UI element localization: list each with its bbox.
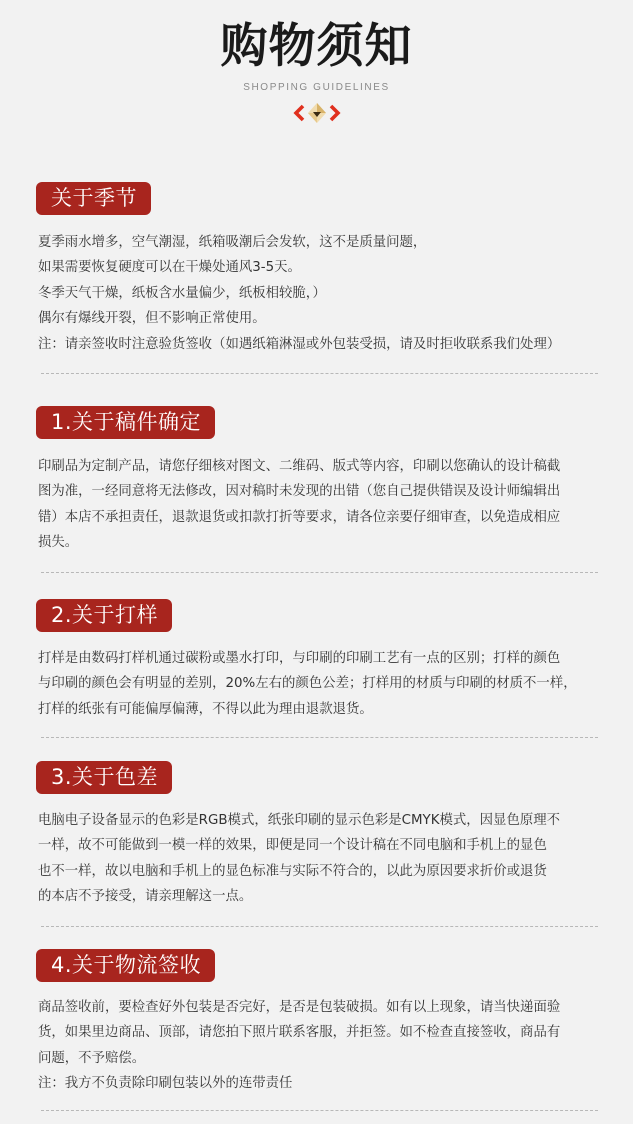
section-heading-badge: 3.关于色差 (36, 761, 172, 794)
body-line: 商品签收前，要检查好外包装是否完好，是否是包装破损。如有以上现象，请当快递面验 (38, 995, 604, 1020)
divider (41, 572, 598, 573)
body-line: 一样，故不可能做到一模一样的效果，即便是同一个设计稿在不同电脑和手机上的显色 (38, 833, 604, 858)
body-line: 也不一样，故以电脑和手机上的显色标准与实际不符合的，以此为原因要求折价或退货 (38, 859, 604, 884)
body-line: 损失。 (38, 530, 604, 555)
body-line: 注：我方不负责除印刷包装以外的连带责任 (38, 1071, 604, 1096)
section-body: 商品签收前，要检查好外包装是否完好，是否是包装破损。如有以上现象，请当快递面验 … (38, 995, 604, 1097)
body-line: 错）本店不承担责任，退款退货或扣款打折等要求，请各位亲要仔细审查，以免造成相应 (38, 505, 604, 530)
page-title: 购物须知 (0, 18, 633, 76)
body-line: 问题，不予赔偿。 (38, 1046, 604, 1071)
body-line: 打样是由数码打样机通过碳粉或墨水打印，与印刷的印刷工艺有一点的区别；打样的颜色 (38, 646, 604, 671)
section-body: 夏季雨水增多，空气潮湿，纸箱吸潮后会发软，这不是质量问题， 如果需要恢复硬度可以… (38, 230, 604, 357)
diamond-arrows-ornament-icon (293, 102, 341, 124)
body-line: 打样的纸张有可能偏厚偏薄，不得以此为理由退款退货。 (38, 697, 604, 722)
section-body: 打样是由数码打样机通过碳粉或墨水打印，与印刷的印刷工艺有一点的区别；打样的颜色 … (38, 646, 604, 722)
body-line: 冬季天气干燥，纸板含水量偏少，纸板相较脆，） (38, 281, 604, 306)
divider (41, 373, 598, 374)
body-line: 如果需要恢复硬度可以在干燥处通风3-5天。 (38, 255, 604, 280)
body-line: 货，如果里边商品、顶部，请您拍下照片联系客服，并拒签。如不检查直接签收，商品有 (38, 1020, 604, 1045)
divider (41, 737, 598, 738)
section-body: 印刷品为定制产品，请您仔细核对图文、二维码、版式等内容，印刷以您确认的设计稿截 … (38, 454, 604, 556)
divider (41, 1110, 598, 1111)
body-line: 与印刷的颜色会有明显的差别，20%左右的颜色公差；打样用的材质与印刷的材质不一样… (38, 671, 604, 696)
body-line: 印刷品为定制产品，请您仔细核对图文、二维码、版式等内容，印刷以您确认的设计稿截 (38, 454, 604, 479)
body-line: 图为准，一经同意将无法修改，因对稿时未发现的出错（您自己提供错误及设计师编辑出 (38, 479, 604, 504)
divider (41, 926, 598, 927)
body-line: 电脑电子设备显示的色彩是RGB模式，纸张印刷的显示色彩是CMYK模式，因显色原理… (38, 808, 604, 833)
body-line: 偶尔有爆线开裂，但不影响正常使用。 (38, 306, 604, 331)
section-body: 电脑电子设备显示的色彩是RGB模式，纸张印刷的显示色彩是CMYK模式，因显色原理… (38, 808, 604, 910)
body-line: 的本店不予接受，请亲理解这一点。 (38, 884, 604, 909)
section-heading-badge: 1.关于稿件确定 (36, 406, 215, 439)
section-heading-badge: 关于季节 (36, 182, 151, 215)
page-subtitle: SHOPPING GUIDELINES (0, 81, 633, 95)
body-line: 夏季雨水增多，空气潮湿，纸箱吸潮后会发软，这不是质量问题， (38, 230, 604, 255)
section-heading-badge: 4.关于物流签收 (36, 949, 215, 982)
section-heading-badge: 2.关于打样 (36, 599, 172, 632)
body-line: 注：请亲签收时注意验货签收（如遇纸箱淋湿或外包装受损，请及时拒收联系我们处理） (38, 332, 604, 357)
